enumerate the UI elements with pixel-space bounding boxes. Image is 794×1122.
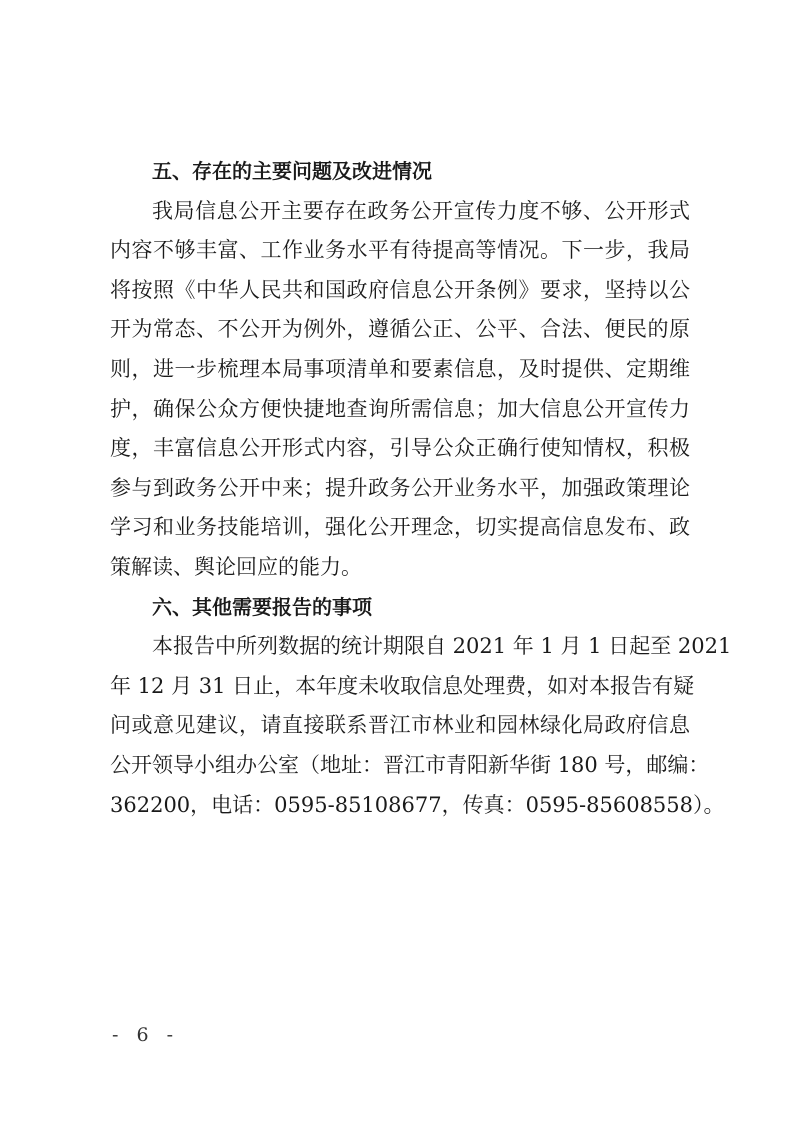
- section-paragraph-problems: 我局信息公开主要存在政务公开宣传力度不够、公开形式 内容不够丰富、工作业务水平有…: [110, 192, 690, 588]
- document-body: 五、存在的主要问题及改进情况 我局信息公开主要存在政务公开宣传力度不够、公开形式…: [110, 152, 690, 825]
- page-number: - 6 -: [112, 1024, 179, 1046]
- section-heading-other-matters: 六、其他需要报告的事项: [110, 588, 690, 628]
- paragraph-line: 参与到政务公开中来；提升政务公开业务水平，加强政策理论: [110, 469, 690, 509]
- document-page: 五、存在的主要问题及改进情况 我局信息公开主要存在政务公开宣传力度不够、公开形式…: [0, 0, 794, 1122]
- section-heading-problems: 五、存在的主要问题及改进情况: [110, 152, 690, 192]
- paragraph-line: 年 12 月 31 日止，本年度未收取信息处理费，如对本报告有疑: [110, 667, 690, 707]
- paragraph-line: 度，丰富信息公开形式内容，引导公众正确行使知情权，积极: [110, 429, 690, 469]
- paragraph-line: 将按照《中华人民共和国政府信息公开条例》要求，坚持以公: [110, 271, 690, 311]
- paragraph-line: 本报告中所列数据的统计期限自 2021 年 1 月 1 日起至 2021: [110, 627, 690, 667]
- paragraph-line: 我局信息公开主要存在政务公开宣传力度不够、公开形式: [110, 192, 690, 232]
- paragraph-line: 策解读、舆论回应的能力。: [110, 548, 690, 588]
- paragraph-line: 公开领导小组办公室（地址：晋江市青阳新华街 180 号，邮编：: [110, 746, 690, 786]
- section-paragraph-other-matters: 本报告中所列数据的统计期限自 2021 年 1 月 1 日起至 2021 年 1…: [110, 627, 690, 825]
- paragraph-line: 护，确保公众方便快捷地查询所需信息；加大信息公开宣传力: [110, 390, 690, 430]
- paragraph-line: 362200，电话：0595-85108677，传真：0595-85608558…: [110, 786, 690, 826]
- paragraph-line: 则，进一步梳理本局事项清单和要素信息，及时提供、定期维: [110, 350, 690, 390]
- paragraph-line: 问或意见建议，请直接联系晋江市林业和园林绿化局政府信息: [110, 706, 690, 746]
- paragraph-line: 学习和业务技能培训，强化公开理念，切实提高信息发布、政: [110, 508, 690, 548]
- paragraph-line: 内容不够丰富、工作业务水平有待提高等情况。下一步，我局: [110, 231, 690, 271]
- paragraph-line: 开为常态、不公开为例外，遵循公正、公平、合法、便民的原: [110, 310, 690, 350]
